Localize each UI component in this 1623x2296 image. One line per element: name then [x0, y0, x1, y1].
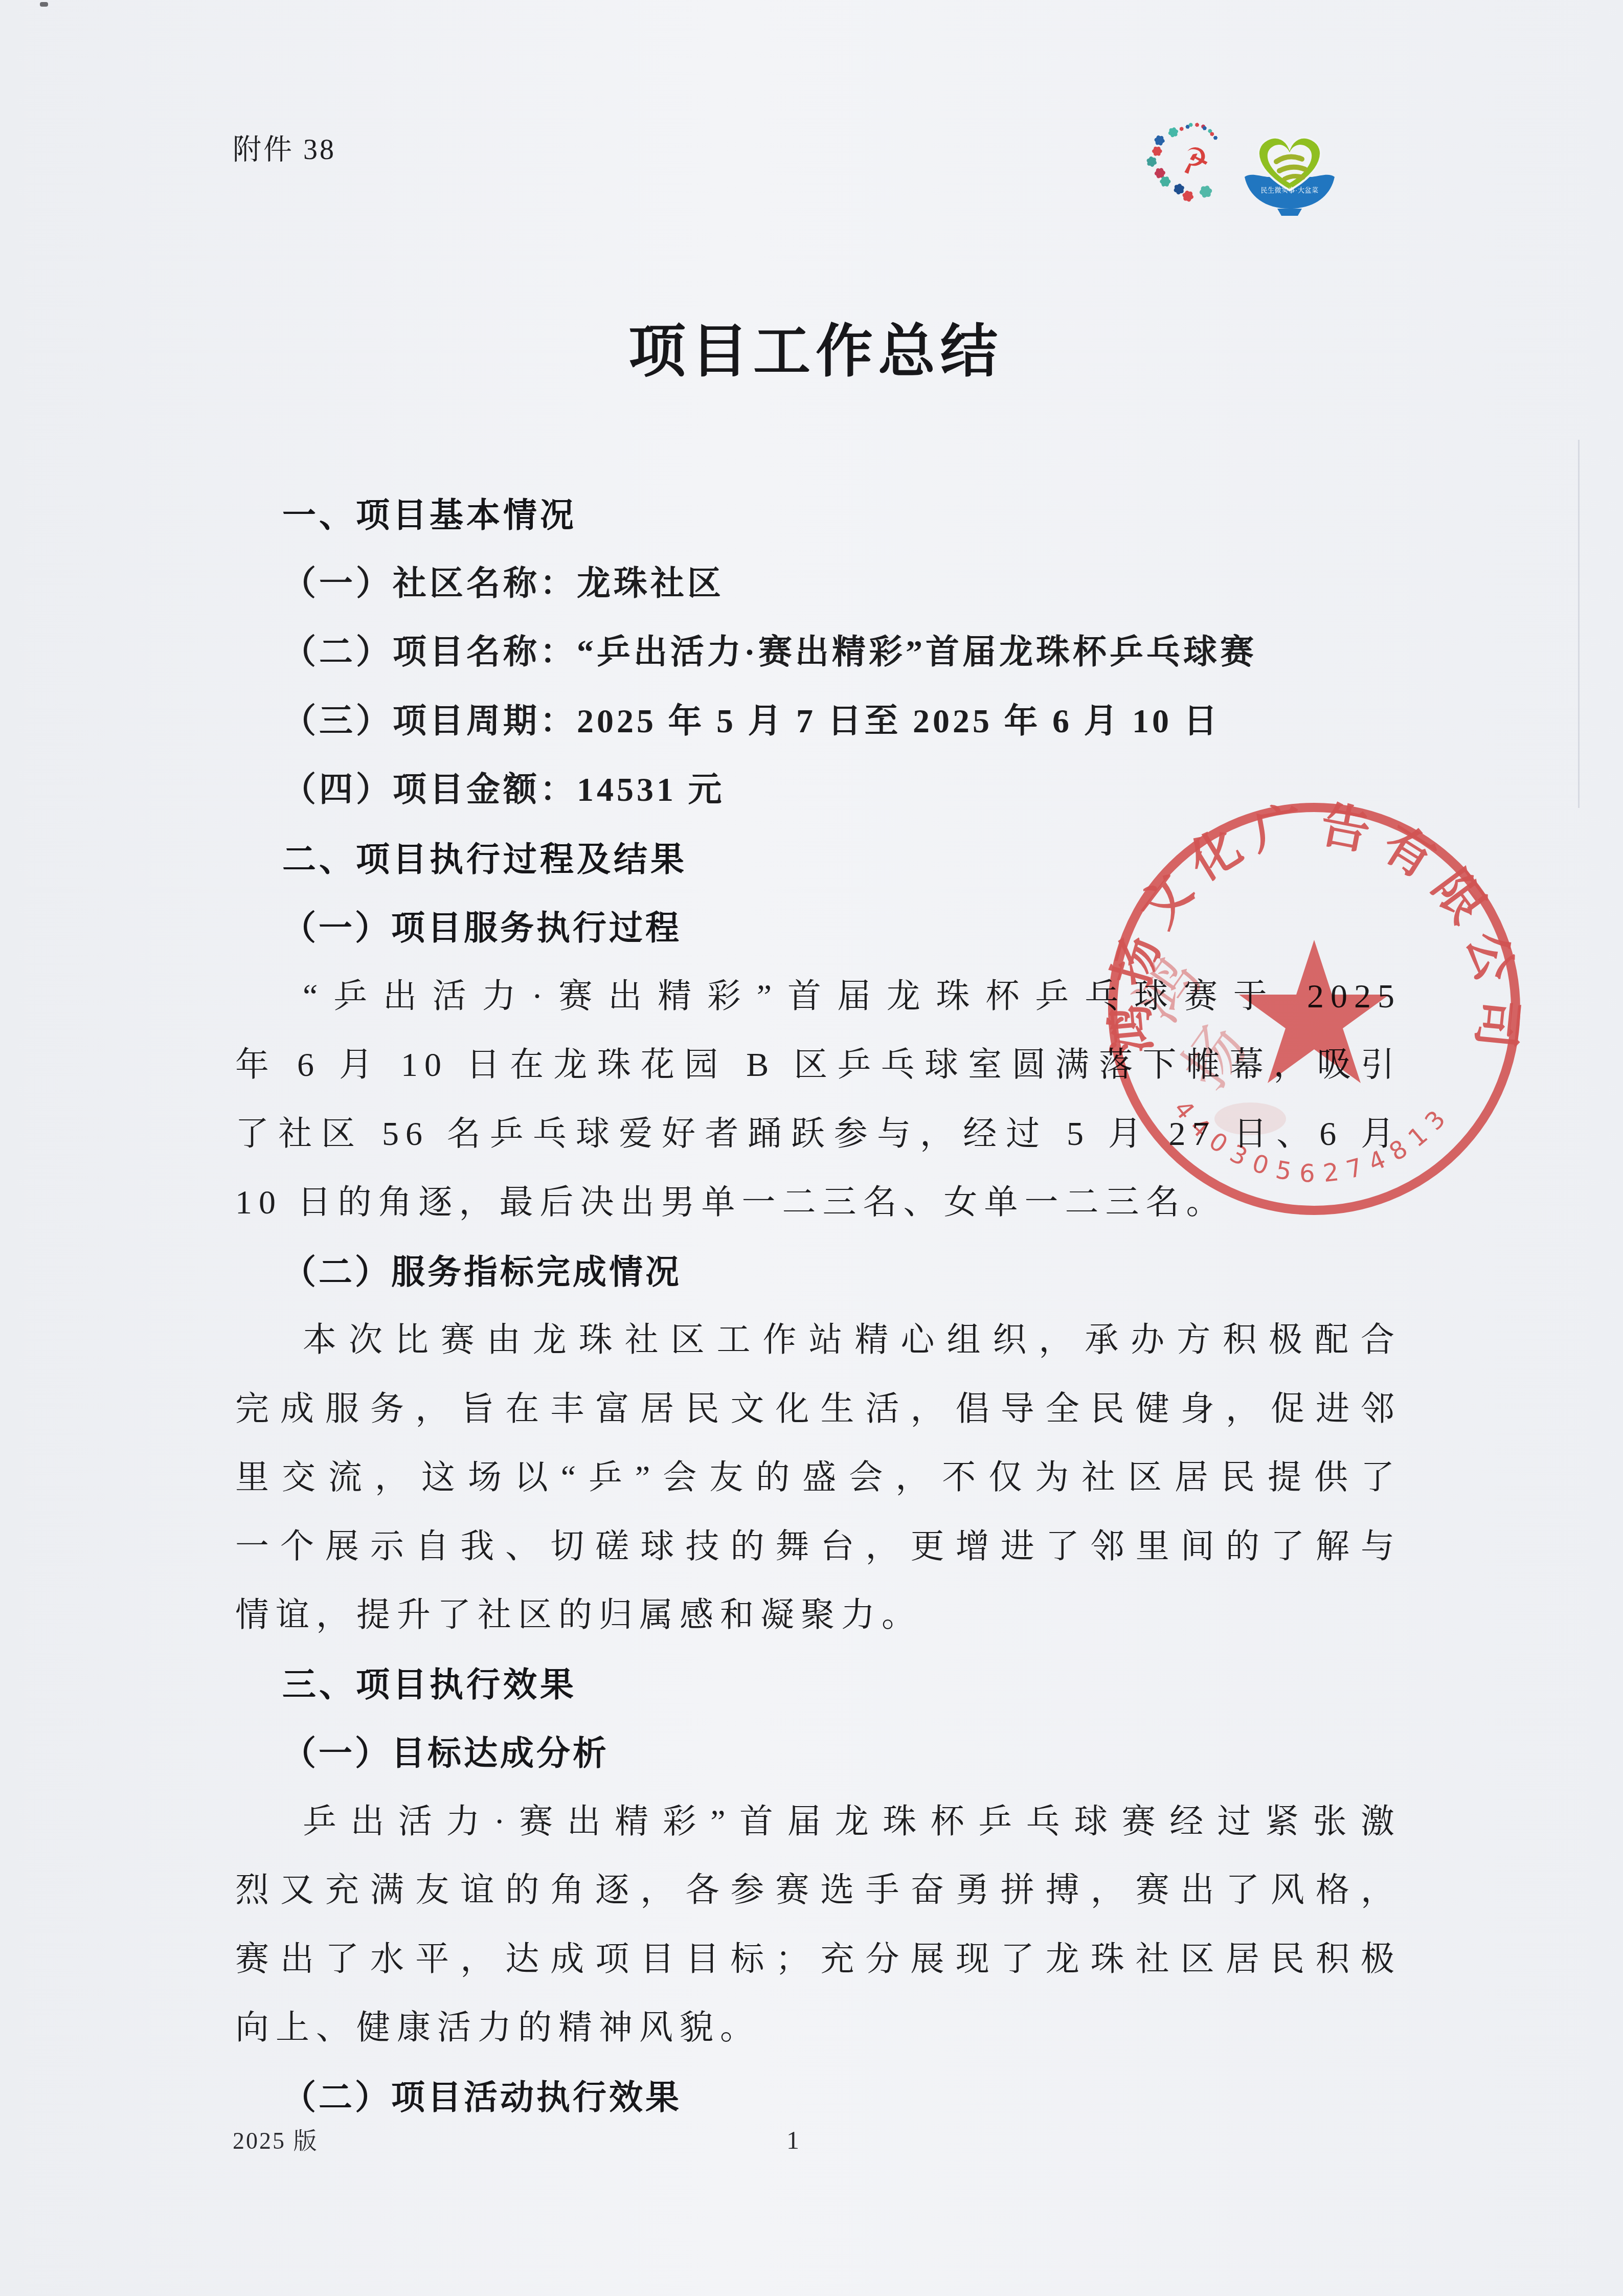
document-body-line: 向上、健康活力的精神风貌。: [235, 1994, 1401, 2063]
swirl-ribbon: [1284, 176, 1303, 179]
document-body-line: （二）项目活动执行效果: [235, 2063, 1401, 2132]
minsheng-bowl-logo: 民生微实事·大盆菜: [1242, 128, 1338, 218]
document-body-line: 本次比赛由龙珠社区工作站精心组织，承办方积极配合: [235, 1306, 1401, 1375]
document-body-line: 乒出活力·赛出精彩”首届龙珠杯乒乓球赛经过紧张激: [235, 1788, 1401, 1857]
stamp-smudge: [1214, 1102, 1286, 1135]
document-body-line: 完成服务，旨在丰富居民文化生活，倡导全民健身，促进邻: [235, 1375, 1401, 1444]
hammer-sickle-icon: ☭: [1176, 138, 1213, 183]
document-body-line: （一）目标达成分析: [235, 1719, 1401, 1788]
page-number: 1: [786, 2125, 799, 2155]
document-body-line: 赛出了水平，达成项目目标；充分展现了龙珠社区居民积极: [235, 1925, 1401, 1994]
scanned-page: 附件 38 ☭: [0, 0, 1623, 2296]
stamp-star-icon: [1239, 940, 1389, 1083]
document-body-line: （一）社区名称：龙珠社区: [235, 550, 1401, 619]
company-stamp: 鸿扬文化广告有限公司 4403056274813 鸿 扬: [1092, 786, 1542, 1236]
document-body-line: 里交流，这场以“乒”会友的盛会，不仅为社区居民提供了: [235, 1444, 1401, 1513]
bowl-foot: [1277, 209, 1302, 216]
document-body-line: 烈又充满友谊的角逐，各参赛选手奋勇拼搏，赛出了风格，: [235, 1856, 1401, 1925]
document-body-line: 一个展示自我、切磋球技的舞台，更增进了邻里间的了解与: [235, 1513, 1401, 1582]
footer-version: 2025 版: [233, 2122, 319, 2156]
document-body-line: （三）项目周期：2025 年 5 月 7 日至 2025 年 6 月 10 日: [235, 687, 1401, 756]
document-body-line: （二）服务指标完成情况: [235, 1237, 1401, 1307]
page-title: 项目工作总结: [228, 306, 1404, 388]
document-lines: 一、项目基本情况（一）社区名称：龙珠社区（二）项目名称：“乒出活力·赛出精彩”首…: [235, 481, 1401, 2131]
scan-speck: [40, 2, 48, 7]
attachment-label: 附件 38: [233, 127, 336, 168]
document-body-line: 情谊，提升了社区的归属感和凝聚力。: [235, 1581, 1401, 1650]
party-heart-logo: ☭: [1144, 123, 1227, 215]
stamp-serial-number: 4403056274813: [1168, 1095, 1455, 1188]
svg-text:4403056274813: 4403056274813: [1168, 1095, 1455, 1188]
document-body-line: （二）项目名称：“乒出活力·赛出精彩”首届龙珠杯乒乓球赛: [235, 618, 1401, 687]
scan-crease: [1578, 440, 1580, 808]
document-body-line: 三、项目执行效果: [235, 1650, 1401, 1719]
document-body-line: 一、项目基本情况: [235, 481, 1401, 550]
bowl-label: 民生微实事·大盆菜: [1261, 186, 1319, 194]
